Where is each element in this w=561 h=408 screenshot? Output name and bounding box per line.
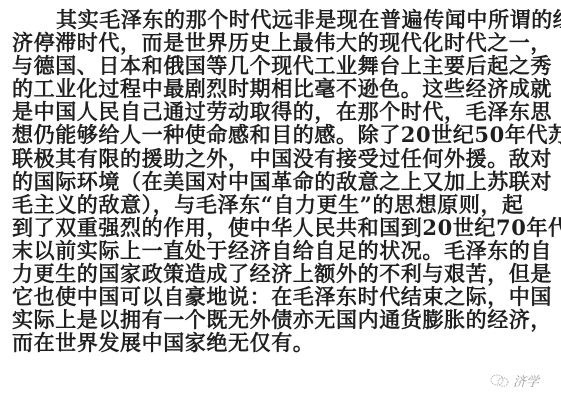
paragraph-line: 实际上是以拥有一个既无外债亦无国内通货膨胀的经济， bbox=[12, 308, 552, 331]
paragraph-line: 而在世界发展中国家绝无仅有。 bbox=[12, 331, 552, 354]
paragraph-line: 到了双重强烈的作用，使中华人民共和国到20世纪70年代 bbox=[12, 216, 552, 239]
paragraph-line: 与德国、日本和俄国等几个现代工业舞台上主要后起之秀 bbox=[12, 54, 552, 77]
paragraph-line: 末以前实际上一直处于经济自给自足的状况。毛泽东的自 bbox=[12, 239, 552, 262]
paragraph-line: 联极其有限的援助之外，中国没有接受过任何外援。敌对 bbox=[12, 147, 552, 170]
paragraph-line: 想仍能够给人一种使命感和目的感。除了20世纪50年代苏 bbox=[12, 123, 552, 146]
paragraph-line: 的国际环境（在美国对中国革命的敌意之上又加上苏联对 bbox=[12, 170, 552, 193]
wechat-icon bbox=[490, 374, 510, 388]
paragraph-line: 毛主义的敌意），与毛泽东“自力更生”的思想原则，起 bbox=[12, 193, 552, 216]
paragraph-line: 它也使中国可以自豪地说：在毛泽东时代结束之际，中国 bbox=[12, 285, 552, 308]
paragraph-line: 的工业化过程中最剧烈时期相比毫不逊色。这些经济成就 bbox=[12, 77, 552, 100]
paragraph-line: 其实毛泽东的那个时代远非是现在普遍传闻中所谓的经 bbox=[12, 8, 552, 31]
document-page: 其实毛泽东的那个时代远非是现在普遍传闻中所谓的经 济停滞时代，而是世界历史上最伟… bbox=[0, 0, 561, 408]
paragraph-line: 济停滞时代，而是世界历史上最伟大的现代化时代之一， bbox=[12, 31, 552, 54]
paragraph-line: 力更生的国家政策造成了经济上额外的不利与艰苦，但是 bbox=[12, 262, 552, 285]
paragraph-line: 是中国人民自己通过劳动取得的，在那个时代，毛泽东思 bbox=[12, 100, 552, 123]
watermark: 济学 bbox=[490, 371, 539, 390]
watermark-label: 济学 bbox=[513, 371, 539, 390]
paragraph: 其实毛泽东的那个时代远非是现在普遍传闻中所谓的经 济停滞时代，而是世界历史上最伟… bbox=[12, 8, 552, 354]
